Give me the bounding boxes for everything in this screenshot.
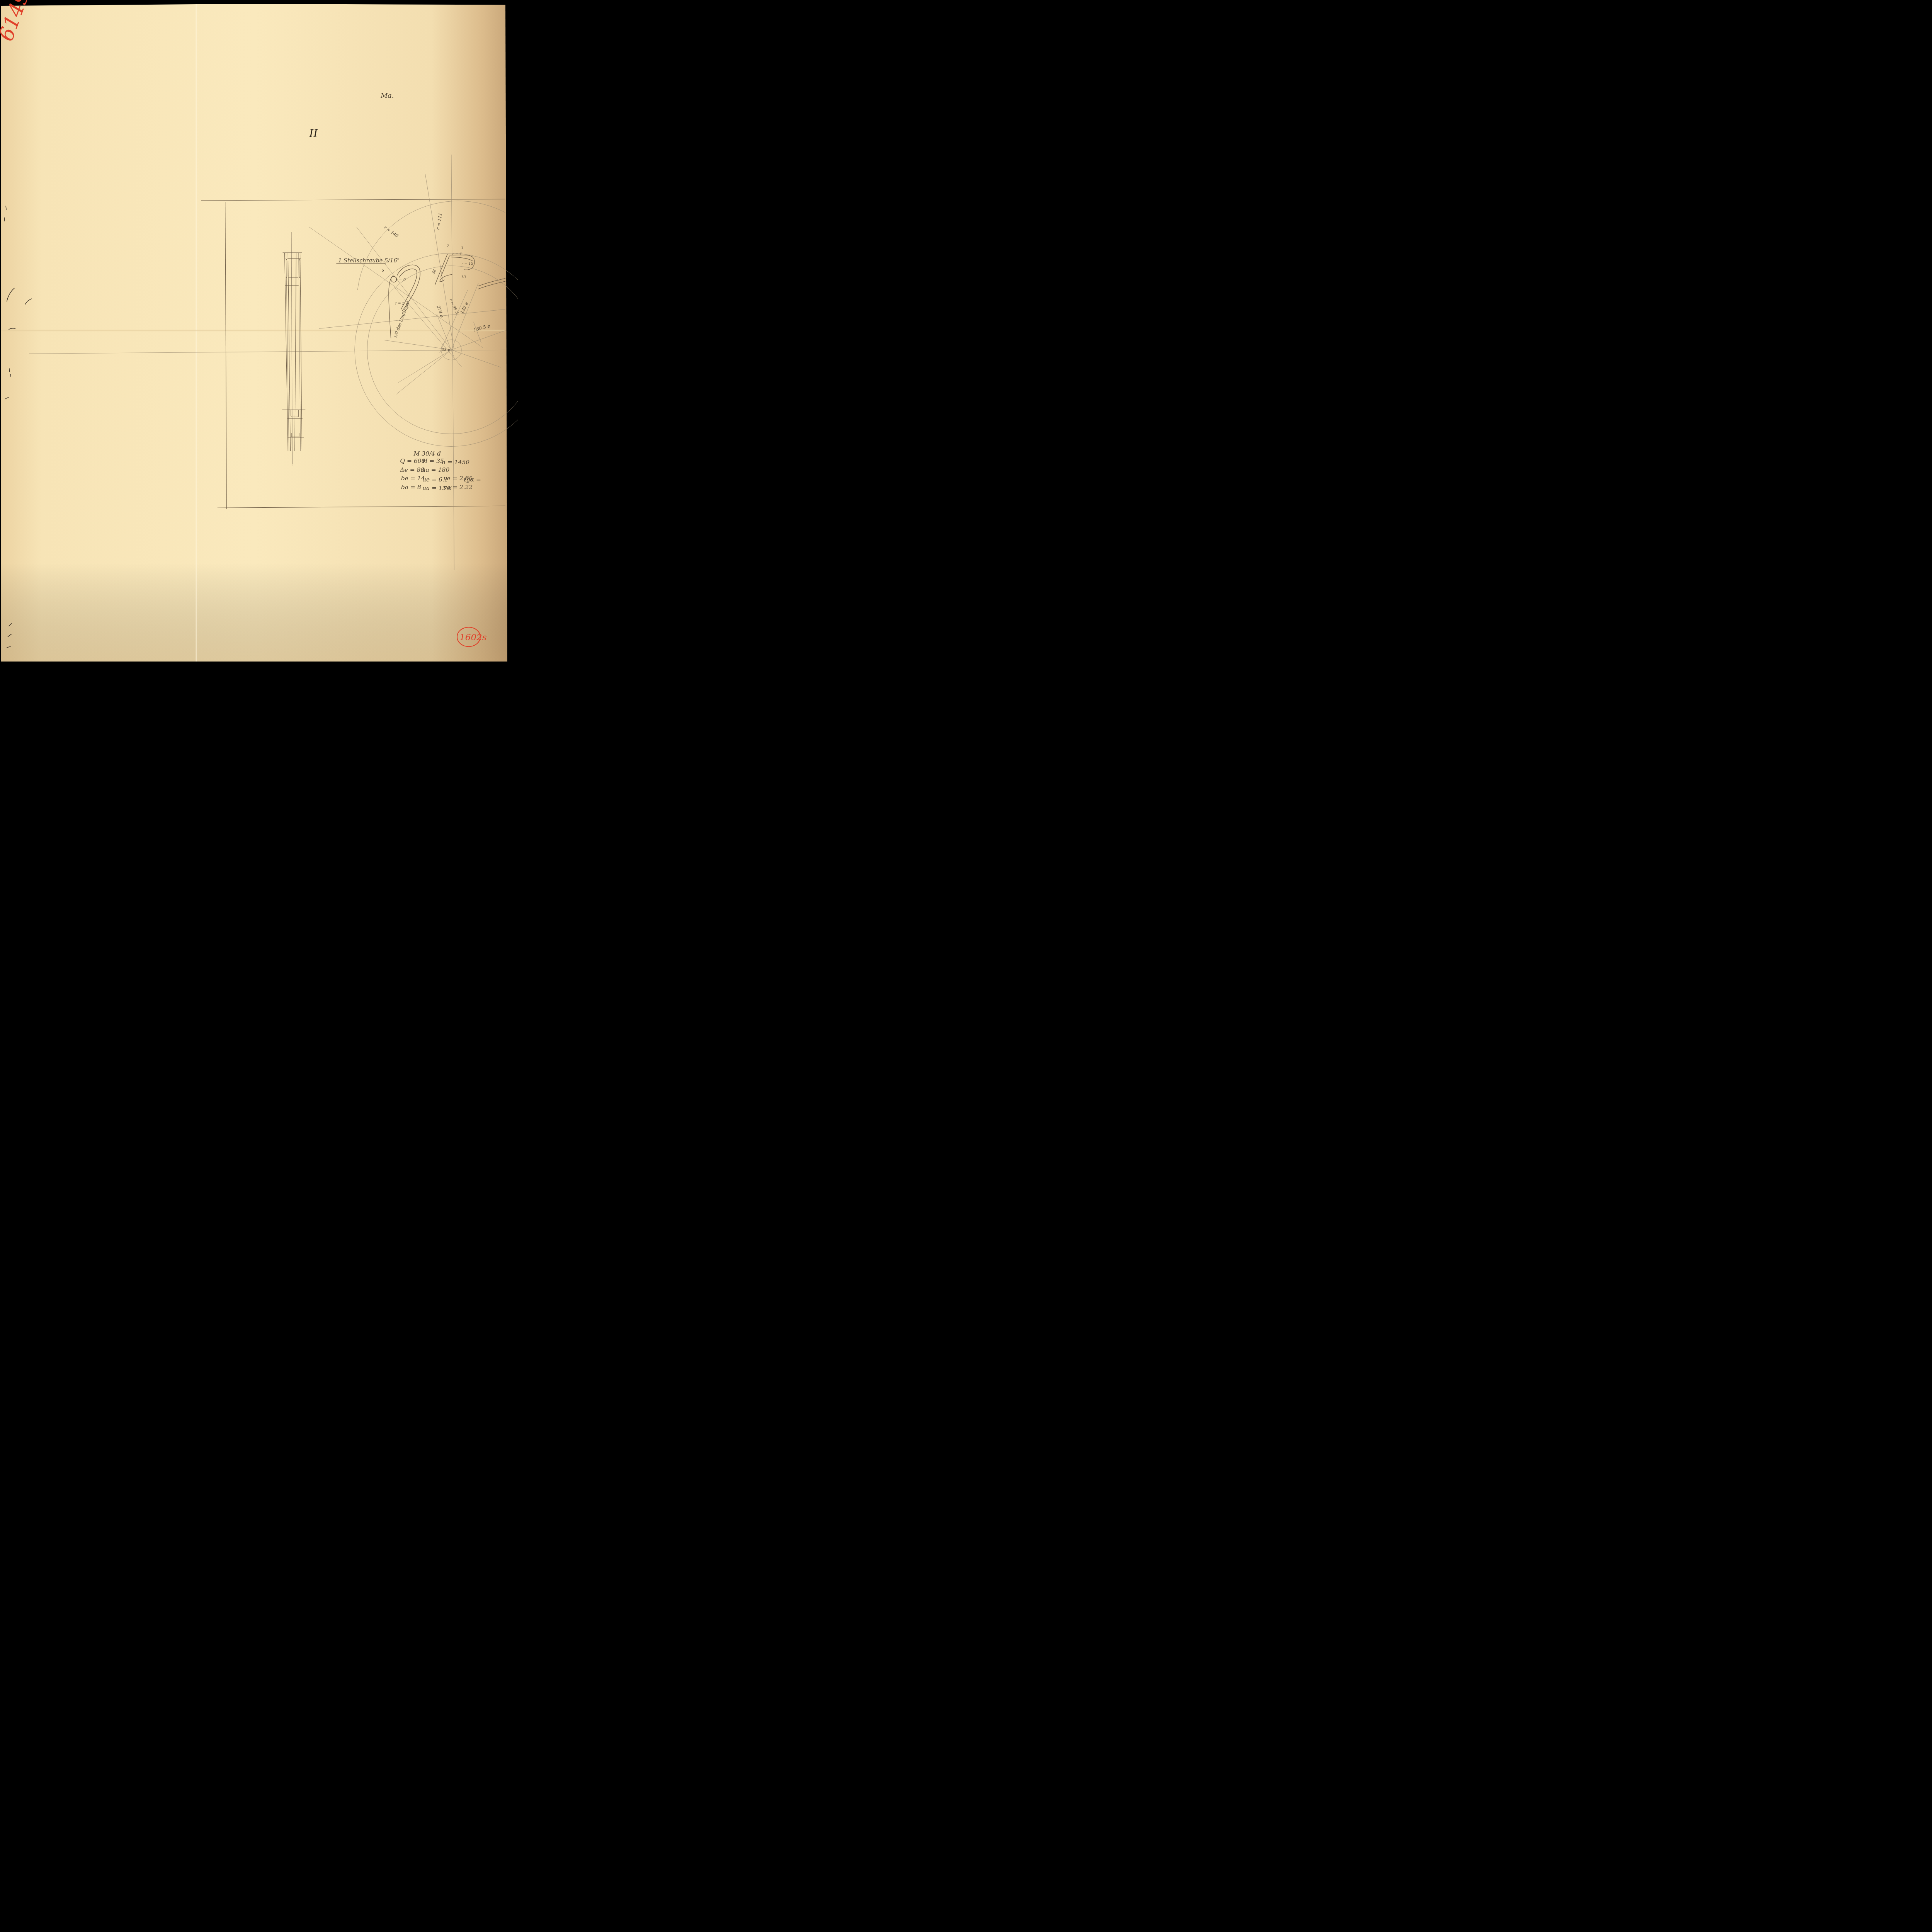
svg-text:H = 35: H = 35 — [422, 457, 444, 464]
roman-numeral: II — [309, 128, 318, 140]
svg-text:ba = 8: ba = 8 — [401, 484, 421, 491]
svg-text:be = 14: be = 14 — [401, 475, 425, 482]
svg-text:7: 7 — [446, 244, 449, 248]
svg-text:tgα =: tgα = — [464, 476, 481, 483]
svg-text:va = 2.22: va = 2.22 — [444, 484, 473, 491]
svg-text:Δa = 180: Δa = 180 — [421, 466, 449, 473]
drawing-sheet: 6149 2/72 Ma. II — [0, 0, 518, 662]
svg-text:5: 5 — [382, 269, 384, 273]
svg-text:n = 1450: n = 1450 — [442, 459, 469, 466]
set-screw-callout: 1 Stellschraube 5/16" — [336, 258, 400, 264]
svg-text:r = 4: r = 4 — [452, 252, 462, 256]
svg-text:Δe = 80: Δe = 80 — [400, 466, 424, 473]
paper-shading — [1, 4, 507, 662]
svg-text:1 Stellschraube 5/16": 1 Stellschraube 5/16" — [338, 258, 400, 264]
sheet-mark: Ma. — [380, 92, 394, 100]
svg-text:3: 3 — [461, 247, 463, 250]
svg-text:r = 9: r = 9 — [396, 278, 406, 282]
svg-text:Q = 600: Q = 600 — [400, 457, 425, 464]
svg-text:r = 15: r = 15 — [461, 262, 473, 266]
svg-text:1602s: 1602s — [459, 633, 487, 643]
svg-text:13: 13 — [461, 275, 466, 279]
calc-title: M 30/4 d — [413, 450, 441, 457]
svg-text:r = 2: r = 2 — [395, 302, 405, 306]
svg-text:38 ⌀: 38 ⌀ — [442, 348, 451, 352]
